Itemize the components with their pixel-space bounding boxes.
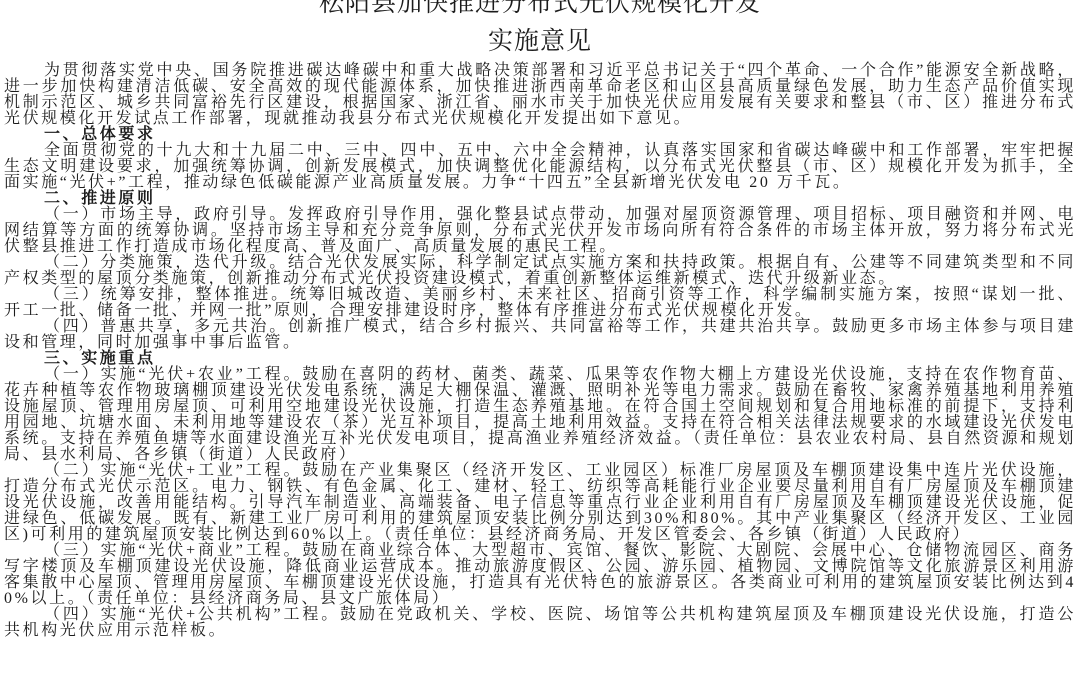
section-heading: 一、总体要求: [4, 127, 1076, 143]
body-paragraph: （一）市场主导，政府引导。发挥政府引导作用，强化整县试点带动，加强对屋顶资源管理…: [4, 207, 1076, 255]
section-heading: 二、推进原则: [4, 191, 1076, 207]
document-title: 松阳县加快推进分布式光伏规模化开发 实施意见: [0, 0, 1080, 61]
document-title-line1: 松阳县加快推进分布式光伏规模化开发: [0, 0, 1080, 23]
body-paragraph: （三）统筹安排，整体推进。统筹旧城改造、美丽乡村、未来社区、招商引资等工作，科学…: [4, 287, 1076, 319]
body-paragraph: 全面贯彻党的十九大和十九届二中、三中、四中、五中、六中全会精神，认真落实国家和省…: [4, 143, 1076, 191]
body-paragraph: （二）实施“光伏+工业”工程。鼓励在产业集聚区（经济开发区、工业园区）标准厂房屋…: [4, 463, 1076, 543]
body-paragraph: （四）普惠共享，多元共治。创新推广模式，结合乡村振兴、共同富裕等工作，共建共治共…: [4, 319, 1076, 351]
document-title-line2: 实施意见: [0, 23, 1080, 61]
document-body: 为贯彻落实党中央、国务院推进碳达峰碳中和重大战略决策部署和习近平总书记关于“四个…: [4, 63, 1076, 639]
body-paragraph: （三）实施“光伏+商业”工程。鼓励在商业综合体、大型超市、宾馆、餐饮、影院、大剧…: [4, 543, 1076, 607]
body-paragraph: （一）实施“光伏+农业”工程。鼓励在喜阴的药材、菌类、蔬菜、瓜果等农作物大棚上方…: [4, 367, 1076, 463]
body-paragraph: 为贯彻落实党中央、国务院推进碳达峰碳中和重大战略决策部署和习近平总书记关于“四个…: [4, 63, 1076, 127]
document-page: 松阳县加快推进分布式光伏规模化开发 实施意见 为贯彻落实党中央、国务院推进碳达峰…: [0, 0, 1080, 696]
body-paragraph: （四）实施“光伏+公共机构”工程。鼓励在党政机关、学校、医院、场馆等公共机构建筑…: [4, 607, 1076, 639]
body-paragraph: （二）分类施策，迭代升级。结合光伏发展实际，科学制定试点实施方案和扶持政策。根据…: [4, 255, 1076, 287]
section-heading: 三、实施重点: [4, 351, 1076, 367]
